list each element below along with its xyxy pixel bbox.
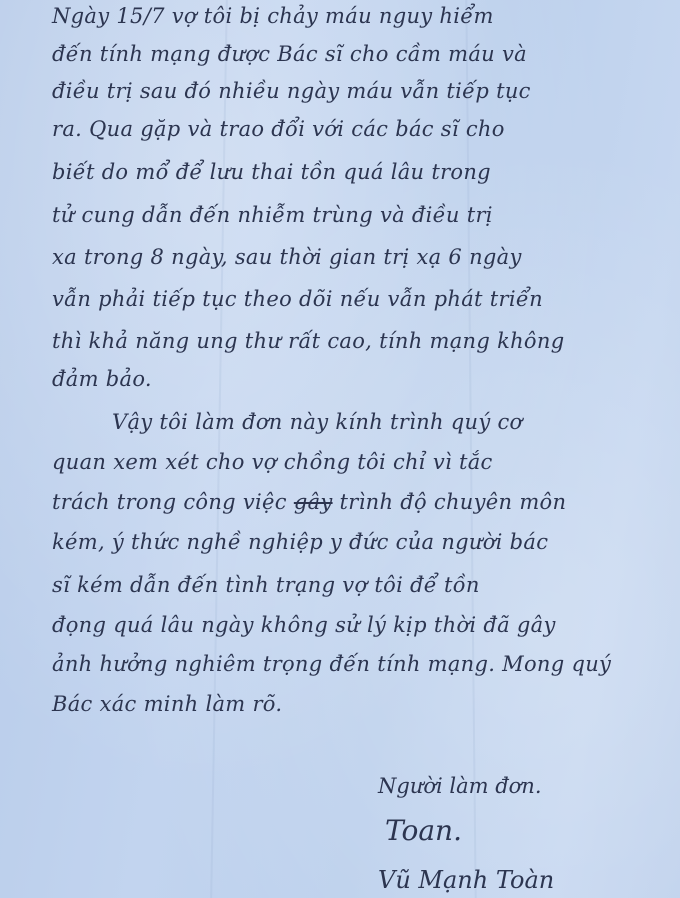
letter-line: Bác xác minh làm rõ. [52, 692, 282, 716]
signature-label: Người làm đơn. [378, 774, 542, 798]
letter-line: ảnh hưởng nghiêm trọng đến tính mạng. Mo… [52, 652, 611, 676]
letter-line: quan xem xét cho vợ chồng tôi chỉ vì tắc [52, 450, 493, 474]
letter-line: biết do mổ để lưu thai tồn quá lâu trong [52, 160, 491, 184]
letter-line: thì khả năng ung thư rất cao, tính mạng … [52, 329, 564, 353]
letter-line: kém, ý thức nghề nghiệp y đức của người … [52, 530, 548, 554]
letter-line: Ngày 15/7 vợ tôi bị chảy máu nguy hiểm [52, 4, 494, 28]
letter-line: điều trị sau đó nhiều ngày máu vẫn tiếp … [52, 79, 531, 103]
line-part: trình độ chuyên môn [333, 490, 567, 514]
signature: Toan. [385, 814, 462, 847]
letter-line: xa trong 8 ngày, sau thời gian trị xạ 6 … [52, 245, 522, 269]
letter-paper: Ngày 15/7 vợ tôi bị chảy máu nguy hiểm đ… [0, 0, 680, 898]
letter-line: ra. Qua gặp và trao đổi với các bác sĩ c… [52, 117, 505, 141]
struck-word: gây [294, 490, 333, 514]
letter-line: sĩ kém dẫn đến tình trạng vợ tôi để tồn [52, 573, 480, 597]
signer-name: Vũ Mạnh Toàn [378, 866, 554, 894]
letter-line-with-strikethrough: trách trong công việc gây trình độ chuyê… [52, 490, 566, 514]
letter-line: đọng quá lâu ngày không sử lý kịp thời đ… [52, 613, 556, 637]
letter-line: vẫn phải tiếp tục theo dõi nếu vẫn phát … [52, 287, 543, 311]
letter-line: tử cung dẫn đến nhiễm trùng và điều trị [52, 203, 493, 227]
letter-line: Vậy tôi làm đơn này kính trình quý cơ [112, 410, 523, 434]
line-part: trách trong công việc [52, 490, 294, 514]
letter-line: đảm bảo. [52, 367, 152, 391]
letter-line: đến tính mạng được Bác sĩ cho cầm máu và [52, 42, 527, 66]
